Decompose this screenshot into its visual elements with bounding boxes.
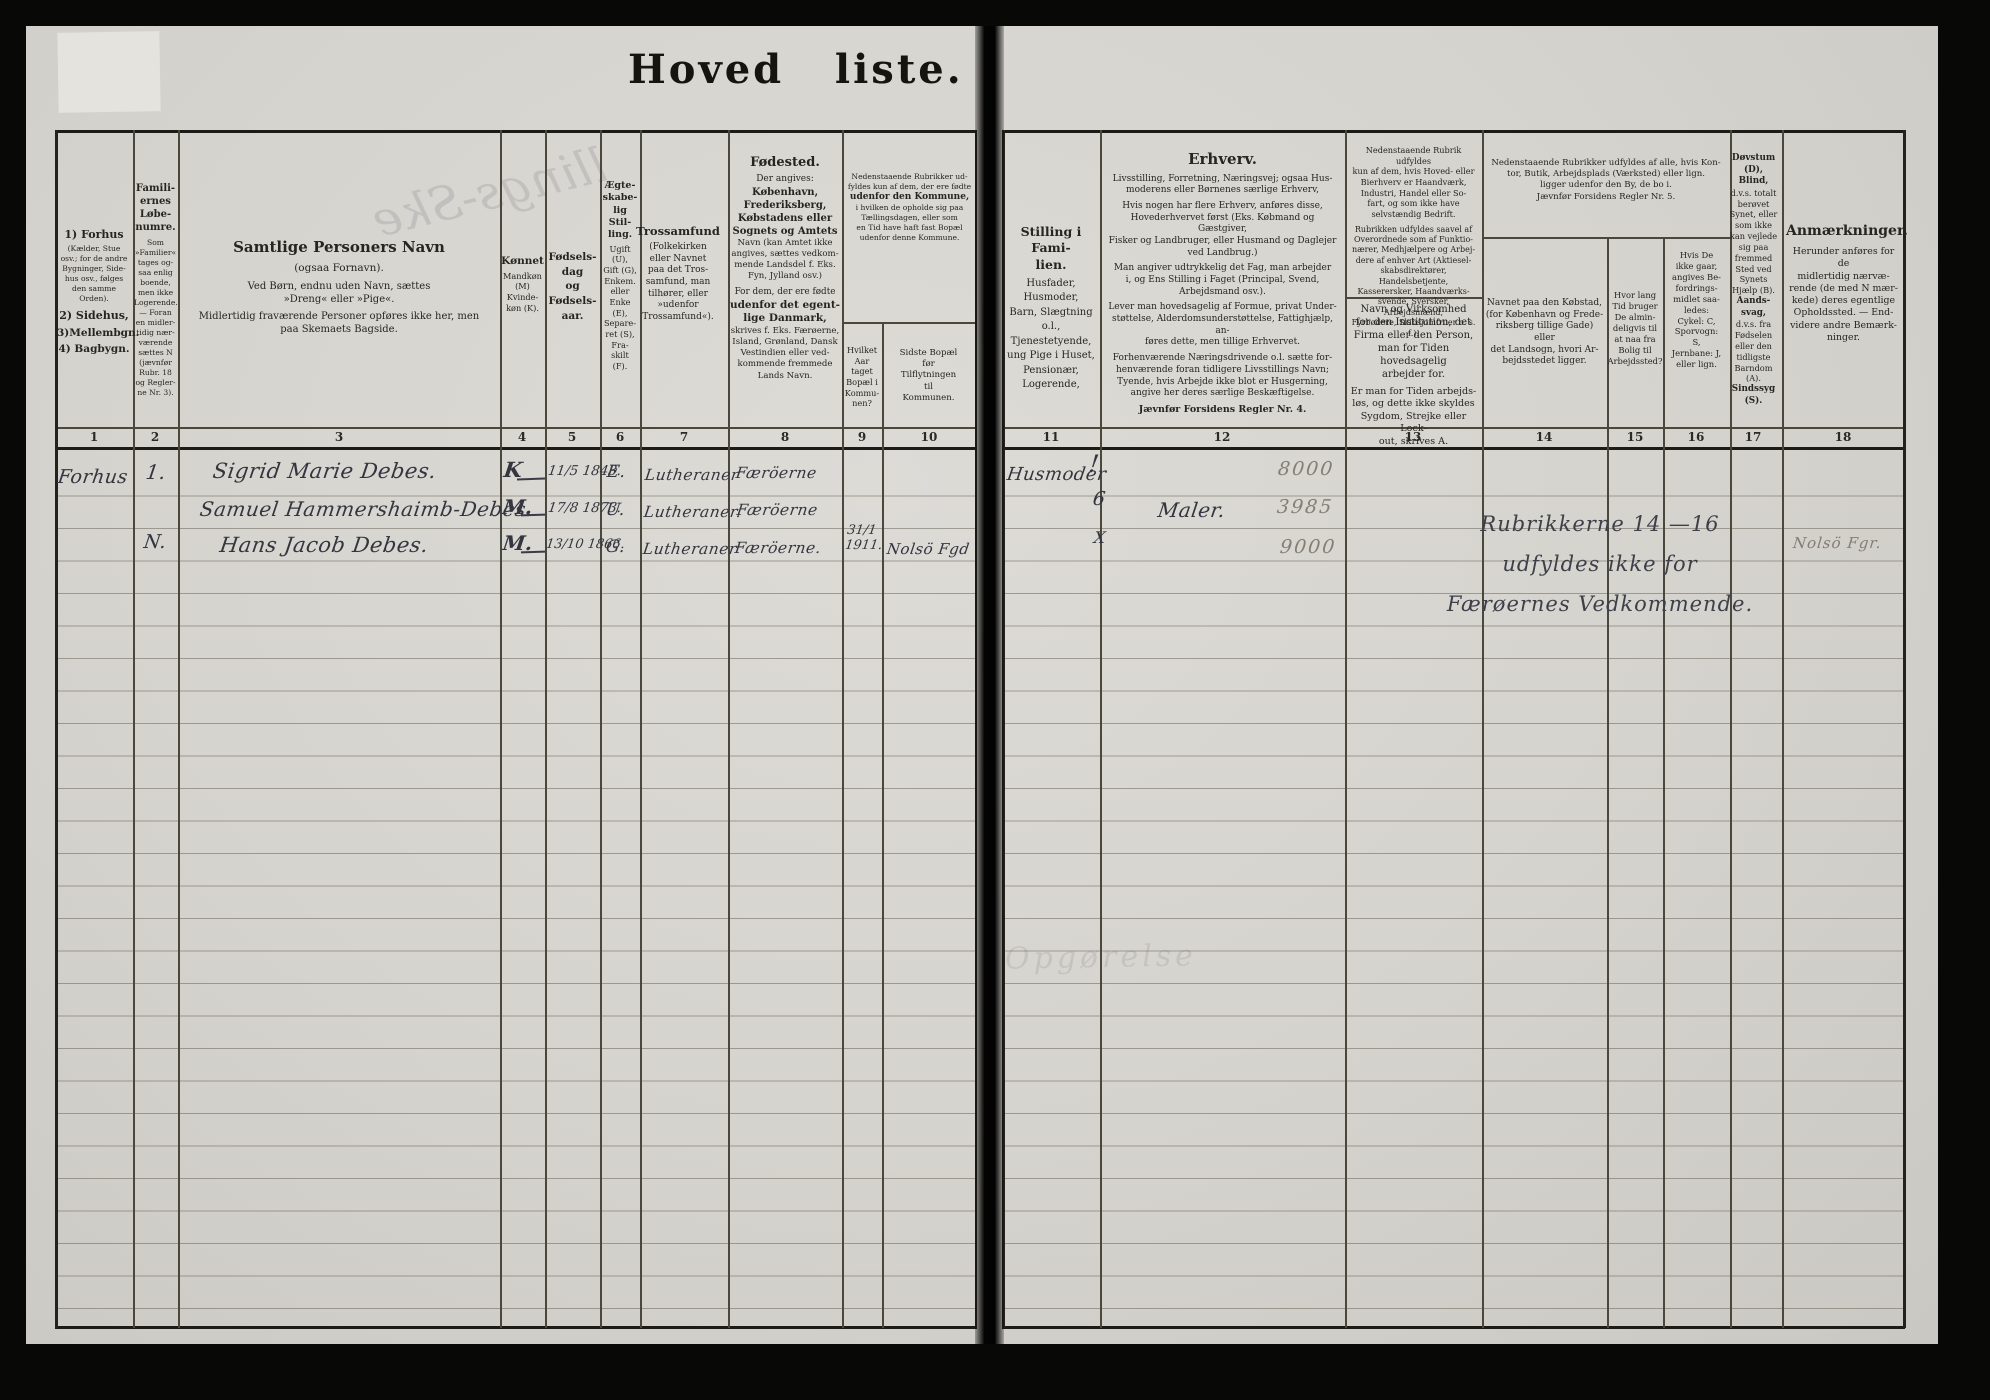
col-number-12: 12 [1214,430,1231,444]
col17-divider [1782,130,1784,1328]
col-number-11: 11 [1043,430,1060,444]
numbers-row-top-rule [55,427,977,429]
scanned-census-sheet: llings-Ske Opgørelse Hoved liste. 1) For… [0,0,1990,1400]
col-number-6: 6 [616,430,624,444]
col14-16-split-rule [1482,237,1730,239]
col16-header: Hvis De ikke gaar, angives Be- fordrings… [1663,250,1730,370]
entry-family-number: 1. [144,460,167,484]
entry-occupation: Maler. [1156,498,1227,522]
col8-s2a: København, Frederiksberg, Købstadens ell… [729,186,841,238]
col12-title: Erhverv. [1105,150,1340,170]
col12-p3: Man angiver udtrykkelig det Fag, man arb… [1105,263,1340,298]
entry-amount: 3985 [1276,496,1335,518]
col-number-3: 3 [335,430,343,444]
col11-title: Stilling i Fami- lien. [1004,224,1098,273]
col-number-2: 2 [151,430,159,444]
col9-10-sharedC: i hvilken de opholde sig paa Tællingsdag… [844,203,975,242]
page-title: Hoved liste. [628,46,964,93]
col-number-10: 10 [921,430,938,444]
col10-header: Sidste Bopæl før Tilflytningen til Kommu… [882,348,975,404]
col12-p1: Livsstilling, Forretning, Næringsvej; og… [1105,174,1340,197]
col8-header: Fødested. Der angives: København, Freder… [729,155,841,382]
col3-note1: Ved Børn, endnu uden Navn, sættes »Dreng… [180,280,498,306]
col14-16-shared: Nedenstaaende Rubrikker udfyldes af alle… [1484,158,1728,203]
col12-p2: Hvis nogen har flere Erhverv, anføres di… [1105,201,1340,259]
col13-b1: Navn og Virksomhed for den Institution, … [1348,303,1479,381]
entry-amount: 8000 [1277,458,1336,480]
col1-sub: (Kælder, Stue osv.; for de andre Bygning… [57,244,131,303]
col15-divider [1663,237,1665,1328]
col8-title: Fødested. [729,155,841,172]
numbers-row-bottom-rule [55,447,977,450]
col-number-7: 7 [680,430,688,444]
entry-remark: Nolsö Fgr. [1792,534,1883,552]
col-number-9: 9 [858,430,866,444]
entry-birthplace: Færöerne. [734,539,823,557]
col11-divider [1100,130,1102,1328]
col12-divider [1345,130,1347,1328]
col9-body: Hvilket Aar taget Bopæl i Kommu- nen? [842,345,882,409]
col8-s3b: udenfor det egent- lige Danmark, [729,299,841,326]
entry-marital-status: E. [606,462,628,482]
col9-header: Hvilket Aar taget Bopæl i Kommu- nen? [842,345,882,409]
entry-amount: 9000 [1279,536,1338,558]
col14-16-shared-header: Nedenstaaende Rubrikker udfyldes af alle… [1484,158,1728,203]
ruled-lines-left [56,464,975,1328]
col2-title: Famili- ernes Løbe- numre. [134,182,177,234]
col9-divider [882,322,884,1328]
col18-body: Herunder anføres for de midlertidig nærv… [1786,246,1901,344]
note-rubrik-14-16-line2: udfyldes ikke for [1455,552,1745,576]
col14-divider [1607,237,1609,1328]
col9-10-sharedB: udenfor den Kommune, [844,192,975,204]
col15-header: Hvor lang Tid bruger De almin- deligvis … [1607,290,1663,366]
col1-line4: 4) Bagbygn. [57,343,131,357]
col12-p4: Lever man hovedsagelig af Formue, privat… [1105,302,1340,349]
col-number-17: 17 [1745,430,1762,444]
entry-building: Forhus [56,466,129,488]
col7-body: (Folkekirken eller Navnet paa det Tros- … [630,242,726,324]
entry-birthplace: Færöerne [736,501,819,519]
col8-divider [842,130,844,1328]
col-number-8: 8 [781,430,789,444]
col4-body: Mandkøn (M) Kvinde- køn (K). [500,271,545,314]
col18-header: Anmærkninger. Herunder anføres for de mi… [1786,222,1901,344]
col3-title: Samtlige Personers Navn [180,238,498,258]
col12-header: Erhverv. Livsstilling, Forretning, Nærin… [1105,150,1340,416]
col3-note2: Midlertidig fraværende Personer opføres … [180,310,498,336]
note-rubrik-14-16-line3: Færøernes Vedkommende. [1440,592,1760,616]
col15-body: Hvor lang Tid bruger De almin- deligvis … [1607,290,1663,366]
col1-line3: 3)Mellembgn. [57,327,131,341]
table-top-rule-right [1002,130,1905,133]
col14-body: Navnet paa den Købstad, (for København o… [1484,298,1605,368]
col17-b1: d.v.s. totalt berøvet Synet, eller som i… [1725,188,1782,296]
col13-t1: Nedenstaaende Rubrik udfyldes kun af dem… [1348,145,1479,220]
col13-lower-header: Navn og Virksomhed for den Institution, … [1348,303,1479,448]
table-bottom-rule-right [1002,1326,1905,1329]
col17-t2: Aands- svag, [1725,296,1782,319]
note-rubrik-14-16-line1: Rubrikkerne 14 —16 [1455,512,1745,536]
col1-header: 1) Forhus (Kælder, Stue osv.; for de and… [57,228,131,357]
col14-header: Navnet paa den Købstad, (for København o… [1484,298,1605,368]
table-bottom-rule [55,1326,977,1329]
col11-header: Stilling i Fami- lien. Husfader, Husmode… [1004,224,1098,393]
col9-10-sharedA: Nedenstaaende Rubrikker ud- fyldes kun a… [844,172,975,192]
col2-body: Som »Familier« tages og- saa enlig boend… [134,238,177,398]
col5-header: Fødsels- dag og Fødsels- aar. [545,250,600,323]
col16-body: Hvis De ikke gaar, angives Be- fordrings… [1663,250,1730,370]
entry-last-residence: Nolsö Fgd [886,540,971,558]
col10-body: Sidste Bopæl før Tilflytningen til Kommu… [882,348,975,404]
col5-title: Fødsels- dag og Fødsels- aar. [545,250,600,323]
col12-p6: Jævnfør Forsidens Regler Nr. 4. [1105,404,1340,416]
entry-faith: Lutheraner. [643,503,743,521]
col-number-4: 4 [518,430,526,444]
col11-body: Husfader, Husmoder, Barn, Slægtning o.l.… [1004,277,1098,393]
col-number-1: 1 [90,430,98,444]
entry-name: Sigrid Marie Debes. [211,459,438,483]
col8-s3a: For dem, der ere fødte [729,287,841,298]
col2-header: Famili- ernes Løbe- numre. Som »Familier… [134,182,177,398]
col9-10-shared-header: Nedenstaaende Rubrikker ud- fyldes kun a… [844,172,975,243]
col-number-14: 14 [1536,430,1553,444]
entry-faith: Lutheraner [644,466,740,484]
col18-title: Anmærkninger. [1786,222,1901,240]
col9-10-split-rule [842,322,977,324]
col8-s1: Der angives: [729,174,841,186]
col3-header: Samtlige Personers Navn (ogsaa Fornavn).… [180,238,498,336]
entry-margin-mark: X [1093,528,1108,547]
table-top-rule [55,130,977,133]
entry-faith: Lutheraner [642,540,738,558]
corner-label-patch [57,31,160,113]
col17-b2: d.v.s. fra Fødselen eller den tidligste … [1725,319,1782,384]
col1-line1: 1) Forhus [57,228,131,242]
col3-sub: (ogsaa Fornavn). [180,262,498,276]
col7-title: Trossamfund [630,224,726,239]
entry-name: Hans Jacob Debes. [218,533,430,557]
col8-s3c: skrives f. Eks. Færøerne, Island, Grønla… [729,326,841,382]
col-number-5: 5 [568,430,576,444]
page-fold [975,26,1004,1344]
col-number-16: 16 [1688,430,1705,444]
col17-t1: Døvstum (D), Blind, [1725,153,1782,188]
col1-line2: 2) Sidehus, [57,309,131,323]
col17-t3: Sindssyg (S). [1725,384,1782,407]
entry-marital-status: G. [605,537,627,557]
col8-s2b: Navn (kan Amtet ikke angives, sættes ved… [729,238,841,283]
col7-header: Trossamfund (Folkekirken eller Navnet pa… [630,224,726,324]
col-number-15: 15 [1627,430,1644,444]
entry-year-moved: 31/1 1911. [844,524,885,554]
col-number-13: 13 [1405,430,1422,444]
col-number-18: 18 [1835,430,1852,444]
entry-name: Samuel Hammershaimb-Debes. [198,497,534,521]
entry-marital-status: U. [605,500,627,520]
entry-birthplace: Færöerne [735,464,818,482]
col4-title: Kønnet [500,255,545,269]
col4-header: Kønnet Mandkøn (M) Kvinde- køn (K). [500,255,545,313]
right-page-right-border [1903,130,1906,1328]
entry-family-number: N. [142,531,168,553]
col12-p5: Forhenværende Næringsdrivende o.l. sætte… [1105,353,1340,400]
col17-header: Døvstum (D), Blind, d.v.s. totalt berøve… [1725,153,1782,408]
